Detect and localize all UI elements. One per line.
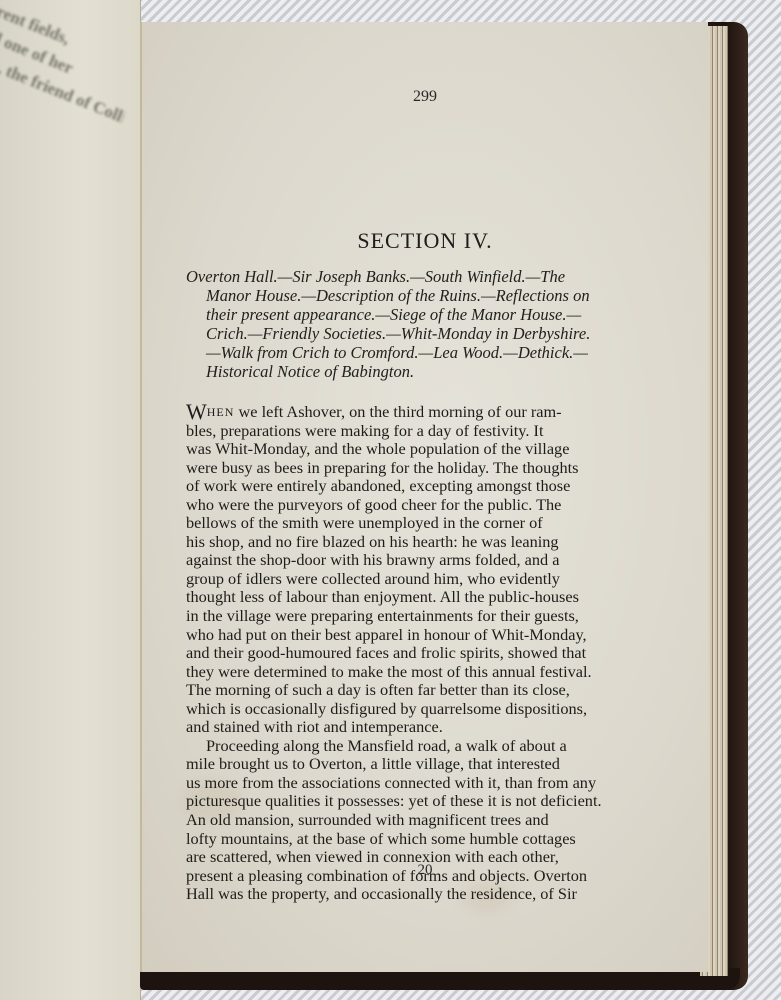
body-line: of work were entirely abandoned, excepti…: [186, 477, 614, 496]
body-line: who were the purveyors of good cheer for…: [186, 496, 614, 515]
body-line: were busy as bees in preparing for the h…: [186, 459, 614, 478]
body-line-text: we left Ashover, on the third morning of…: [239, 403, 562, 422]
body-line: thought less of labour than enjoyment. A…: [186, 588, 614, 607]
synopsis-line: Historical Notice of Babington.: [186, 362, 614, 381]
body-line: The morning of such a day is often far b…: [186, 681, 614, 700]
body-line: in the village were preparing entertainm…: [186, 607, 614, 626]
body-line: group of idlers were collected around hi…: [186, 570, 614, 589]
drop-cap: W: [186, 403, 207, 422]
body-line: us more from the associations connected …: [186, 774, 614, 793]
left-page-text-bleed: ferent fields, and one of her shire, the…: [0, 0, 141, 130]
body-line: picturesque qualities it possesses: yet …: [186, 792, 614, 811]
body-line: bellows of the smith were unemployed in …: [186, 514, 614, 533]
body-line: they were determined to make the most of…: [186, 663, 614, 682]
body-line: and their good-humoured faces and frolic…: [186, 644, 614, 663]
right-page: 299 SECTION IV. Overton Hall.—Sir Joseph…: [140, 22, 708, 972]
page-number: 299: [142, 88, 708, 106]
section-title: SECTION IV.: [142, 228, 708, 254]
body-line: Hall was the property, and occasionally …: [186, 885, 614, 904]
body-line: was Whit-Monday, and the whole populatio…: [186, 440, 614, 459]
synopsis-line: Manor House.—Description of the Ruins.—R…: [186, 286, 614, 305]
small-caps: HEN: [207, 403, 235, 422]
body-line: who had put on their best apparel in hon…: [186, 626, 614, 645]
body-line: his shop, and no fire blazed on his hear…: [186, 533, 614, 552]
body-line: which is occasionally disfigured by quar…: [186, 700, 614, 719]
synopsis-line: Crich.—Friendly Societies.—Whit-Monday i…: [186, 324, 614, 343]
body-text: WHEN we left Ashover, on the third morni…: [186, 403, 614, 904]
synopsis-line: —Walk from Crich to Cromford.—Lea Wood.—…: [186, 343, 614, 362]
body-line: and stained with riot and intemperance.: [186, 718, 614, 737]
body-line: lofty mountains, at the base of which so…: [186, 830, 614, 849]
left-page: ferent fields, and one of her shire, the…: [0, 0, 141, 1000]
synopsis-line: their present appearance.—Siege of the M…: [186, 305, 614, 324]
body-line: against the shop-door with his brawny ar…: [186, 551, 614, 570]
chapter-synopsis: Overton Hall.—Sir Joseph Banks.—South Wi…: [186, 267, 614, 381]
body-line: mile brought us to Overton, a little vil…: [186, 755, 614, 774]
body-line: bles, preparations were making for a day…: [186, 422, 614, 441]
body-line: WHEN we left Ashover, on the third morni…: [186, 403, 614, 422]
body-line: Proceeding along the Mansfield road, a w…: [186, 737, 614, 756]
signature-mark: 20: [142, 862, 708, 879]
body-line: An old mansion, surrounded with magnific…: [186, 811, 614, 830]
synopsis-line: Overton Hall.—Sir Joseph Banks.—South Wi…: [186, 267, 614, 286]
